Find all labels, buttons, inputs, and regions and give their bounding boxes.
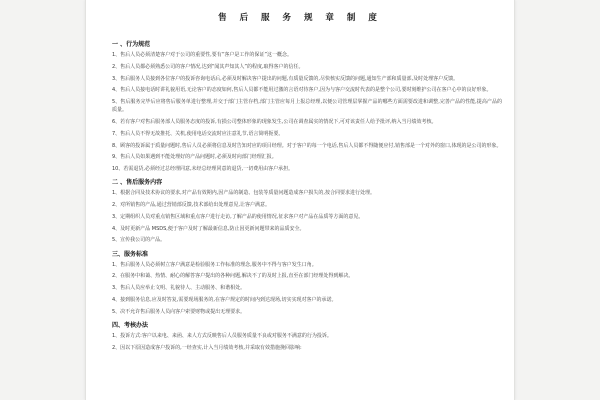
section-item: 1、售后人员必须清楚客户对于公司的重要性,要有“客户是工作的保证”这一概念。: [112, 51, 502, 59]
section-item: 2、在服务中和蔼、热情、耐心的解答客户提出的各种问题,解决不了的及时上报,直至在…: [112, 272, 502, 280]
section-heading: 二 、售后服务内容: [112, 178, 502, 187]
section-item: 5、宣传我公司的产品。: [112, 236, 502, 244]
section-heading: 三、服务标准: [112, 250, 502, 259]
section-heading: 四、考核办法: [112, 321, 502, 330]
section-item: 4、售后人员接电话时讲礼貌用语,无论客户的态度如何,售后人员都不能用过激的言语对…: [112, 86, 502, 94]
section-item: 3、定期组织人员对重点销售区域和重点客户进行走访,了解产品的使用情况,征求客户对…: [112, 213, 502, 221]
document-section: 三、服务标准 1、售后服务人员必须树立客户满意是检验服务工作标准的理念,服务中不…: [112, 250, 502, 316]
section-item: 5、决不允许售后服务人员向客户索要财物或提出无理要求。: [112, 308, 502, 316]
section-item: 5、售后服务完毕后应将售后服务单进行整理,并交于部门主管存档,部门主管应每月上报…: [112, 98, 502, 115]
document-section: 一 、行为规范 1、售后人员必须清楚客户对于公司的重要性,要有“客户是工作的保证…: [112, 40, 502, 173]
document-body: 一 、行为规范 1、售后人员必须清楚客户对于公司的重要性,要有“客户是工作的保证…: [112, 40, 502, 352]
section-item: 4、接到服务信息,应及时答复,需要现场服务的,在客户规定的时间内到达现场,切实实…: [112, 296, 502, 304]
document-section: 四、考核办法 1、投诉方式:客户以来电、来函、来人方式反映售后人员服务质量不良或…: [112, 321, 502, 352]
section-item: 7、售后人员不得无故推托、关机,使用电话交流时应注意礼节,语言简明扼要。: [112, 130, 502, 138]
section-heading: 一 、行为规范: [112, 40, 502, 49]
section-item: 8、顾客的投诉属于质量问题时,售后人员必须将信息及时告知对应的项目经理。对于客户…: [112, 142, 502, 150]
section-item: 1、售后服务人员必须树立客户满意是检验服务工作标准的理念,服务中不得与客户发生口…: [112, 261, 502, 269]
section-item: 1、投诉方式:客户以来电、来函、来人方式反映售后人员服务质量不良或对服务不满意的…: [112, 332, 502, 340]
section-item: 10、若需退货,必须经过总经理同意,未经总经理同意的退货,一切费用由客户承担。: [112, 165, 502, 173]
section-item: 3、售后人员应举止文明、礼貌待人、主动服务、和谐相处。: [112, 284, 502, 292]
document-section: 二 、售后服务内容 1、根据合同及技术协议的要求,对产品有效期内,因产品的制造、…: [112, 178, 502, 244]
section-item: 2、售后人员都必须熟悉公司的客户情况,达到“闻其声知其人”的程度,取得客户的信任…: [112, 63, 502, 71]
document-title: 售 后 服 务 规 章 制 度: [86, 11, 514, 23]
section-item: 4、及时更新产品 MSDS,便于客户及时了解最新信息,防止因更新问题带来的品质安…: [112, 225, 502, 233]
document-page: 售 后 服 务 规 章 制 度 一 、行为规范 1、售后人员必须清楚客户对于公司…: [85, 0, 515, 400]
section-item: 1、根据合同及技术协议的要求,对产品有效期内,因产品的制造、包装等质量问题造成客…: [112, 189, 502, 197]
section-item: 6、若有客户对售后服务部人员服务态度的投诉,有损公司整体形象的现象发生,公司在调…: [112, 118, 502, 126]
section-item: 9、售后人员如果遇到不能处理好的产品问题时,必须及时向部门经理汇报。: [112, 153, 502, 161]
section-item: 3、售后服务人员接到各位客户的投诉咨询电话后,必须及时解决客户提出的问题,有质量…: [112, 75, 502, 83]
section-item: 2、因以下原因造成客户投诉的,一经查实,计入当月绩效考核,并采取有效措施挽回影响…: [112, 344, 502, 352]
section-item: 2、对所销售的产品,通过营销部反馈,技术部给出处理意见,让客户满意。: [112, 201, 502, 209]
